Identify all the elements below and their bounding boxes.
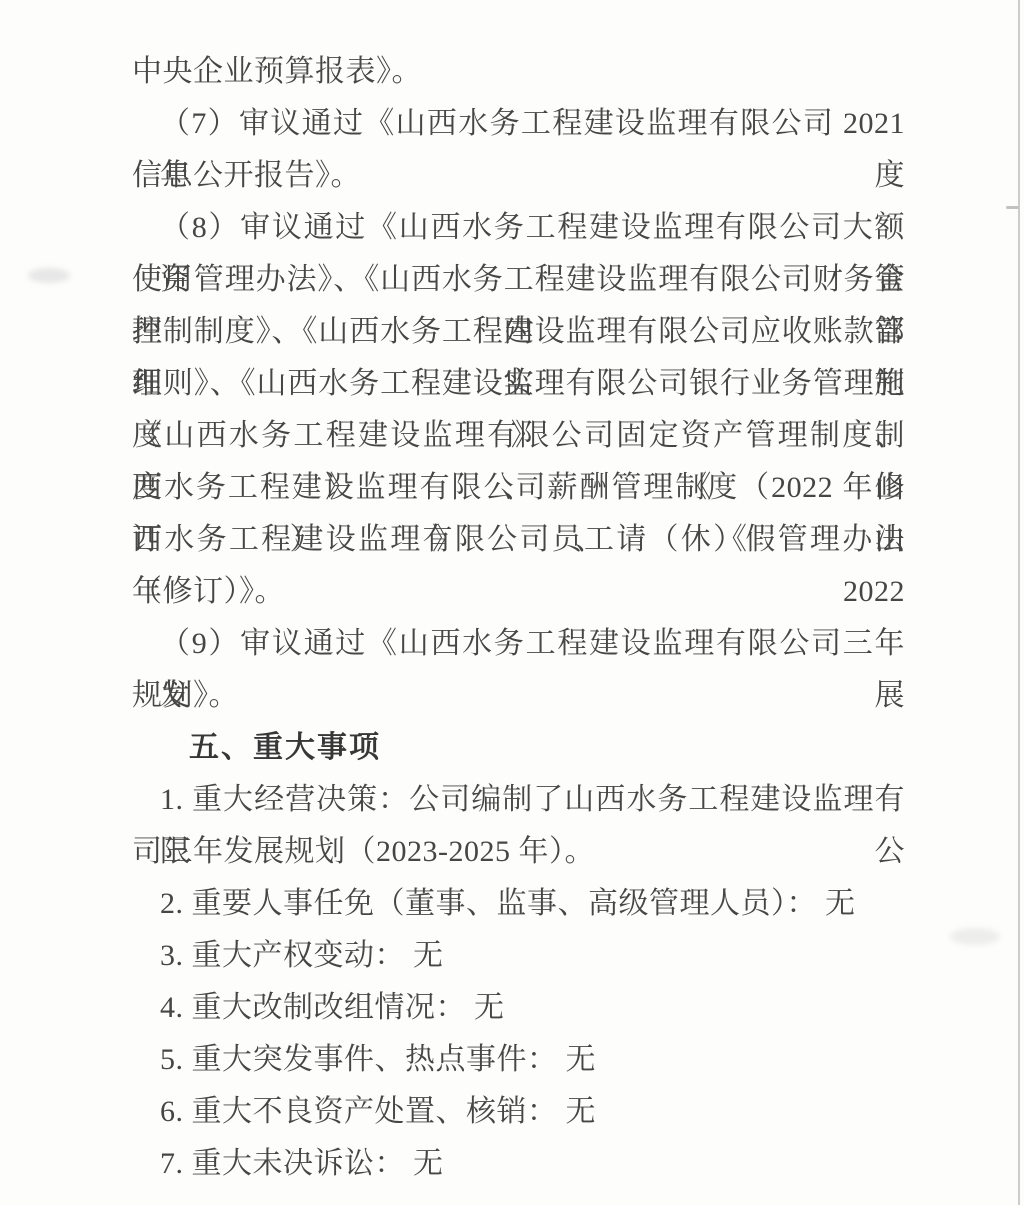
scan-smudge xyxy=(950,928,1000,945)
scan-smudge xyxy=(28,268,70,283)
document-line: （8）审议通过《山西水务工程建设监理有限公司大额资金 xyxy=(132,202,905,254)
document-line: （9）审议通过《山西水务工程建设监理有限公司三年发展 xyxy=(132,618,905,670)
section-heading: 五、重大事项 xyxy=(132,722,905,774)
document-line: 2. 重要人事任免（董事、监事、高级管理人员）： 无 xyxy=(132,878,905,930)
document-page: 中央企业预算报表》。（7）审议通过《山西水务工程建设监理有限公司 2021 年度… xyxy=(0,0,1024,1205)
document-line: 西水务工程建设监理有限公司薪酬管理制度（2022 年修订）》、《山 xyxy=(132,462,905,514)
document-line: 4. 重大改制改组情况： 无 xyxy=(132,982,905,1034)
document-line: 使用管理办法》、《山西水务工程建设监理有限公司财务管理内部 xyxy=(132,254,905,306)
document-line: 7. 重大未决诉讼： 无 xyxy=(132,1138,905,1190)
scan-artifact-tick xyxy=(1006,206,1019,209)
scan-page-edge-line xyxy=(1018,0,1020,1205)
document-line: 1. 重大经营决策：公司编制了山西水务工程建设监理有限公 xyxy=(132,774,905,826)
document-line: 5. 重大突发事件、热点事件： 无 xyxy=(132,1034,905,1086)
document-line: 控制制度》、《山西水务工程建设监理有限公司应收账款管理实施 xyxy=(132,306,905,358)
document-line: 细则》、《山西水务工程建设监理有限公司银行业务管理制度》、 xyxy=(132,358,905,410)
document-line: （7）审议通过《山西水务工程建设监理有限公司 2021 年度 xyxy=(132,98,905,150)
document-line: 《山西水务工程建设监理有限公司固定资产管理制度制度》、《山 xyxy=(132,410,905,462)
document-line: 6. 重大不良资产处置、核销： 无 xyxy=(132,1086,905,1138)
document-line: 西水务工程建设监理有限公司员工请（休）假管理办法（2022 xyxy=(132,514,905,566)
document-line: 3. 重大产权变动： 无 xyxy=(132,930,905,982)
document-body: 中央企业预算报表》。（7）审议通过《山西水务工程建设监理有限公司 2021 年度… xyxy=(132,46,905,1190)
document-line: 中央企业预算报表》。 xyxy=(132,46,905,98)
